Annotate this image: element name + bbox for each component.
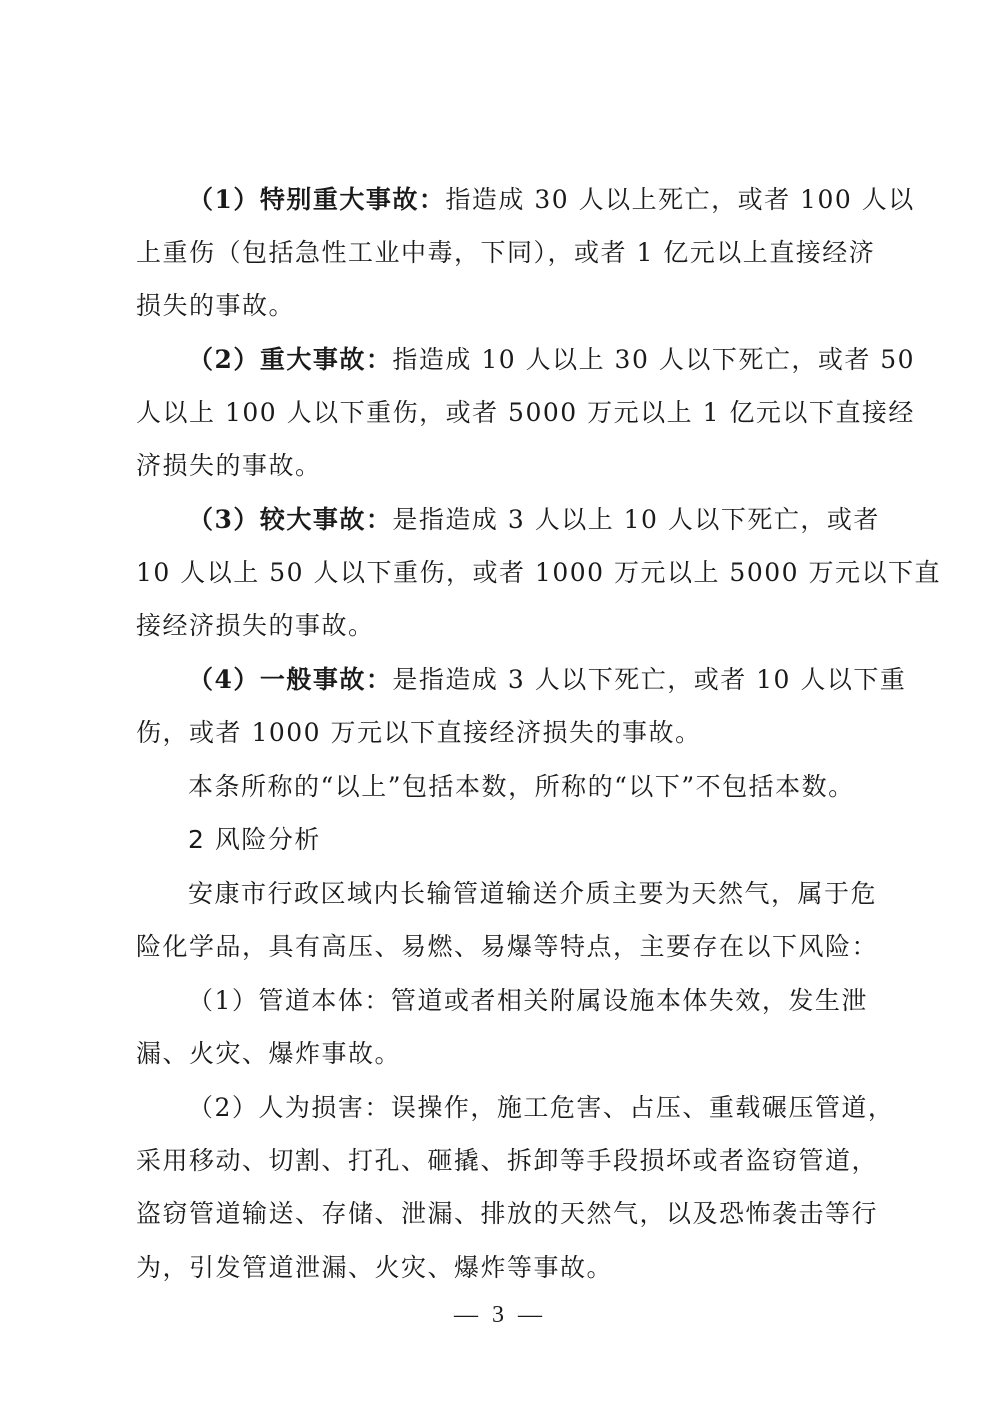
paragraph-4-line-2: 伤，或者 1000 万元以下直接经济损失的事故。 — [136, 718, 702, 748]
paragraph-1-line-2: 上重伤（包括急性工业中毒，下同），或者 1 亿元以上直接经济 — [136, 238, 875, 268]
paragraph-2-line-3: 济损失的事故。 — [136, 451, 322, 481]
definition-note: 本条所称的“以上”包括本数，所称的“以下”不包括本数。 — [188, 772, 855, 802]
accident-level-label: （1）特别重大事故： — [188, 185, 445, 214]
risk-item-1-line-1: （1）管道本体：管道或者相关附属设施本体失效，发生泄 — [188, 986, 868, 1016]
paragraph-1-line-3: 损失的事故。 — [136, 291, 295, 321]
risk-item-1-line-2: 漏、火灾、爆炸事故。 — [136, 1039, 401, 1069]
paragraph-2-line-1: （2）重大事故：指造成 10 人以上 30 人以下死亡，或者 50 — [188, 345, 915, 375]
risk-intro-line-2: 险化学品，具有高压、易燃、易爆等特点，主要存在以下风险： — [136, 932, 878, 962]
accident-level-label: （3）较大事故： — [188, 505, 392, 534]
risk-intro-line-1: 安康市行政区域内长输管道输送介质主要为天然气，属于危 — [188, 879, 877, 909]
risk-item-2-line-2: 采用移动、切割、打孔、砸撬、拆卸等手段损坏或者盗窃管道， — [136, 1146, 878, 1176]
risk-item-2-line-3: 盗窃管道输送、存储、泄漏、排放的天然气，以及恐怖袭击等行 — [136, 1199, 878, 1229]
paragraph-4-line-1: （4）一般事故：是指造成 3 人以下死亡，或者 10 人以下重 — [188, 665, 906, 695]
paragraph-2-line-2: 人以上 100 人以下重伤，或者 5000 万元以上 1 亿元以下直接经 — [136, 398, 915, 428]
accident-level-label: （4）一般事故： — [188, 665, 392, 694]
accident-level-label: （2）重大事故： — [188, 345, 392, 374]
paragraph-3-line-2: 10 人以上 50 人以下重伤，或者 1000 万元以上 5000 万元以下直 — [136, 558, 941, 588]
risk-item-2-line-4: 为，引发管道泄漏、火灾、爆炸等事故。 — [136, 1253, 613, 1283]
section-heading: 2 风险分析 — [188, 825, 321, 855]
paragraph-3-line-1: （3）较大事故：是指造成 3 人以上 10 人以下死亡，或者 — [188, 505, 880, 535]
risk-item-2-line-1: （2）人为损害：误操作，施工危害、占压、重载碾压管道， — [188, 1093, 894, 1123]
page-number: — 3 — — [0, 1302, 1000, 1329]
paragraph-3-line-3: 接经济损失的事故。 — [136, 611, 375, 641]
paragraph-1-line-1: （1）特别重大事故：指造成 30 人以上死亡，或者 100 人以 — [188, 185, 915, 215]
